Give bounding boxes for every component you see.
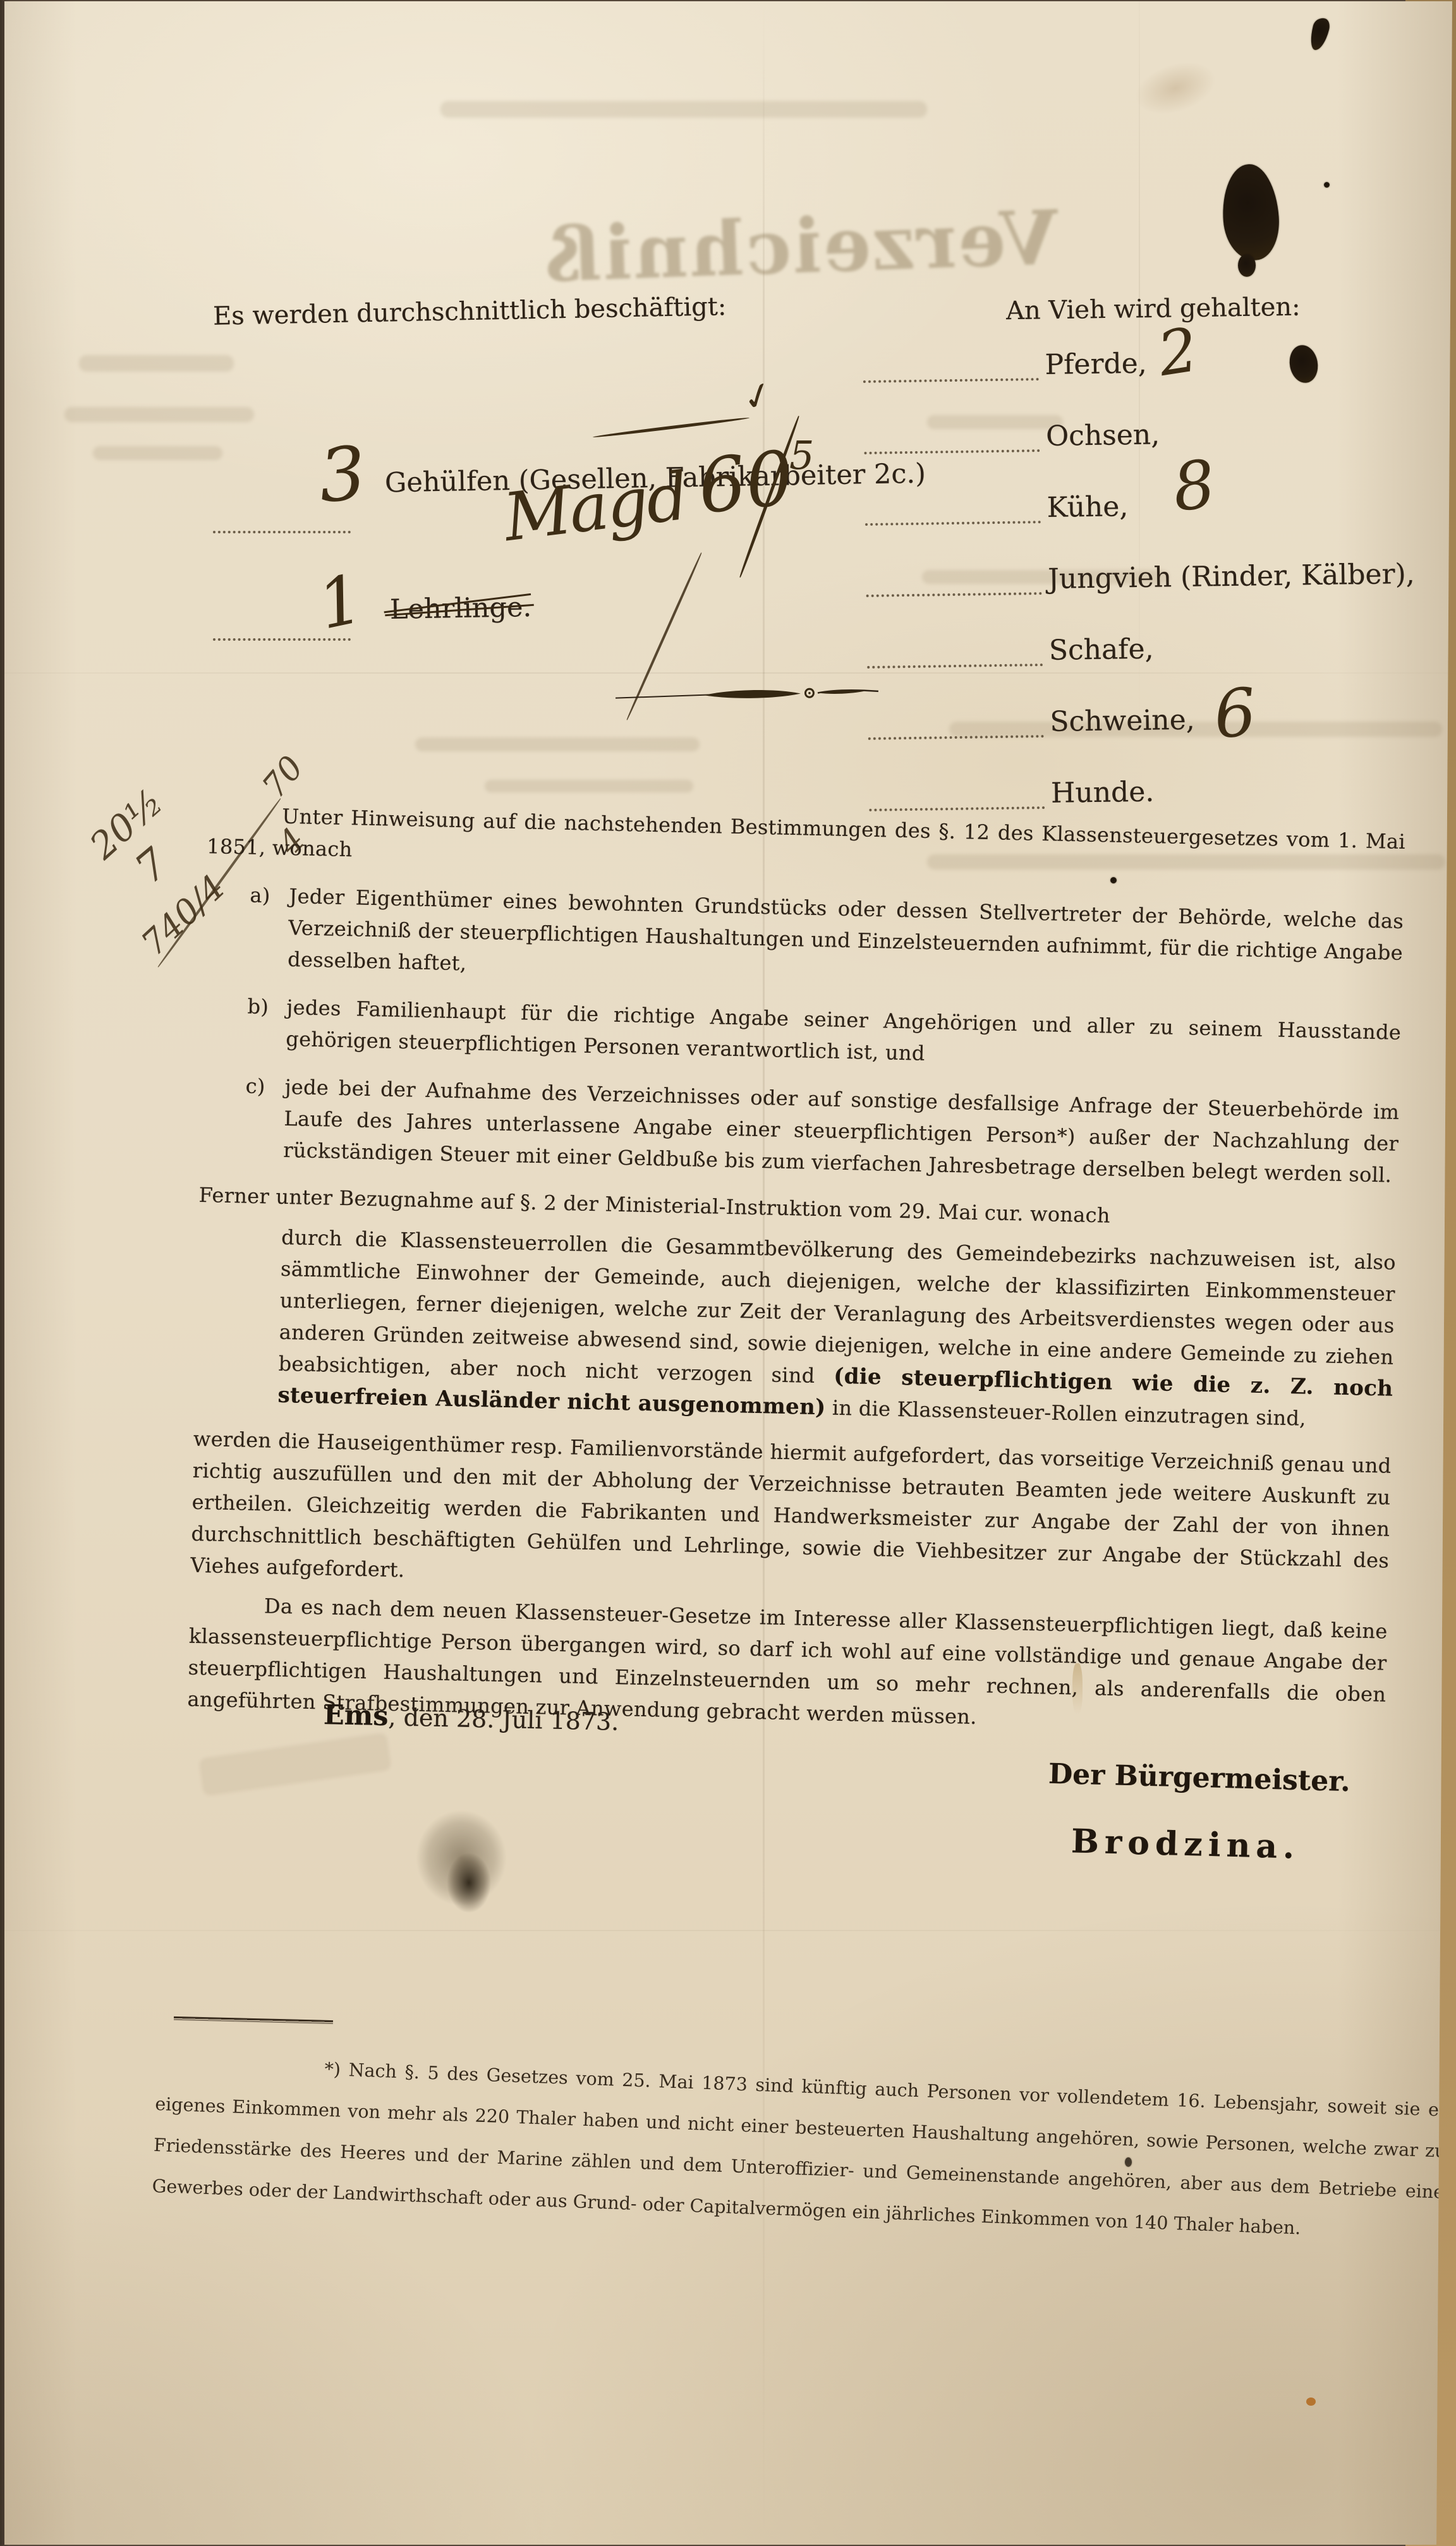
- dateline: Ems, den 28. Juli 1873.: [324, 1699, 619, 1737]
- livestock-label: Ochsen,: [1046, 418, 1160, 452]
- divider-ornament-icon: [614, 682, 880, 706]
- livestock-label: Jungvieh (Rinder, Kälber),: [1048, 558, 1415, 595]
- livestock-label: Kühe,: [1046, 490, 1128, 524]
- list-item-a: a) Jeder Eigenthümer eines bewohnten Gru…: [204, 878, 1404, 1000]
- fill-in-leader-line: [864, 448, 1040, 454]
- livestock-label: Pferde,: [1045, 348, 1147, 381]
- list-marker: c): [245, 1070, 265, 1102]
- ink-blot-small: [1307, 16, 1332, 52]
- footnote-text: *) Nach §. 5 des Gesetzes vom 25. Mai 18…: [151, 2042, 1456, 2254]
- bleedthrough-line: [198, 1732, 391, 1796]
- list-item-text: Jeder Eigenthümer eines bewohnten Grunds…: [288, 884, 1404, 975]
- handwritten-word-magd: Magd: [500, 463, 690, 551]
- fill-in-leader-line: [868, 734, 1044, 740]
- employment-row-label-struck: Lehrlinge.: [390, 591, 532, 626]
- horizontal-fold-crease: [4, 1930, 1453, 1931]
- footnote-rule: [174, 2016, 333, 2024]
- list-item-text: jede bei der Aufnahme des Verzeichnisses…: [283, 1075, 1400, 1187]
- livestock-label: Schweine,: [1050, 704, 1195, 738]
- list-item-c: c) jede bei der Aufnahme des Verzeichnis…: [200, 1069, 1400, 1191]
- scribble-number: 7: [126, 839, 178, 894]
- handwritten-livestock-count: 8: [1169, 451, 1218, 521]
- bleedthrough-line: [415, 737, 700, 751]
- struck-word: Lehrlinge.: [390, 591, 532, 626]
- handwritten-livestock-count: 6: [1211, 679, 1259, 748]
- employment-heading: Es werden durchschnittlich beschäftigt:: [213, 292, 727, 331]
- livestock-row: Jungvieh (Rinder, Kälber),: [866, 546, 1456, 626]
- signature-role: Der Bürgermeister.: [1048, 1758, 1350, 1798]
- fill-in-leader-line: [867, 662, 1043, 669]
- livestock-row: Schweine, 6: [868, 689, 1456, 768]
- signature-name: Brodzina.: [1071, 1822, 1301, 1866]
- handwritten-count-gehuelfen: 3: [316, 437, 369, 514]
- ornamental-divider: [614, 682, 880, 708]
- list-item-text: jedes Familienhaupt für die richtige Ang…: [286, 995, 1402, 1065]
- photographed-document: Verzeichniß 20½ 7 70 4 740/4: [0, 0, 1456, 2546]
- bleedthrough-line: [440, 101, 927, 118]
- ink-speck: [1324, 182, 1330, 188]
- bleedthrough-title: Verzeichniß: [542, 193, 1060, 299]
- livestock-row: Ochsen,: [864, 403, 1456, 483]
- handwritten-calc-denominator: 5: [789, 436, 814, 475]
- fill-in-leader-line: [866, 591, 1042, 597]
- fill-in-leader-line: [213, 530, 351, 533]
- document-page: Verzeichniß 20½ 7 70 4 740/4: [4, 1, 1453, 2545]
- livestock-label: Schafe,: [1049, 633, 1154, 667]
- livestock-row: Pferde, 2: [863, 332, 1456, 411]
- scribble-number: 70: [255, 749, 311, 805]
- livestock-row: Kühe, 8: [864, 475, 1456, 554]
- rust-speck: [1306, 2397, 1316, 2406]
- ink-blot-drip: [1238, 254, 1256, 277]
- livestock-row: Schafe,: [866, 617, 1456, 697]
- livestock-list: Pferde, 2 Ochsen, Kühe, 8 Jungvieh (Rind…: [863, 332, 1456, 840]
- fill-in-leader-line: [869, 805, 1045, 811]
- handwriting-flourish-stroke: [593, 416, 750, 439]
- ink-blot-large: [1220, 162, 1282, 262]
- fill-in-leader-line: [865, 519, 1041, 526]
- livestock-label: Hunde.: [1051, 776, 1155, 809]
- body-text: Unter Hinweisung auf die nachstehenden B…: [187, 799, 1406, 1759]
- dateline-date: , den 28. Juli 1873.: [388, 1703, 619, 1736]
- bleedthrough-line: [93, 446, 222, 460]
- bleedthrough-line: [79, 355, 234, 372]
- clause-text: in die Klassensteuer-Rollen einzutragen …: [825, 1395, 1306, 1430]
- handwritten-check-tick: ✓: [737, 374, 778, 418]
- bleedthrough-line: [64, 407, 254, 422]
- list-item-b: b) jedes Familienhaupt für die richtige …: [202, 990, 1402, 1080]
- handwritten-calc-numerator: 60: [695, 440, 797, 524]
- werden-paragraph: werden die Hauseigenthümer resp. Familie…: [190, 1423, 1392, 1608]
- handwritten-count-lehrlinge: 1: [313, 565, 368, 640]
- faint-smudge: [1129, 53, 1222, 124]
- handwritten-livestock-count: 2: [1154, 319, 1201, 385]
- ink-smudge-core: [447, 1853, 491, 1913]
- fill-in-leader-line: [863, 377, 1039, 383]
- list-marker: b): [247, 991, 269, 1023]
- dateline-place: Ems: [324, 1699, 389, 1732]
- indented-clause: durch die Klassensteuerrollen die Gesamm…: [194, 1220, 1396, 1436]
- bleedthrough-line: [485, 780, 693, 792]
- list-marker: a): [250, 880, 270, 912]
